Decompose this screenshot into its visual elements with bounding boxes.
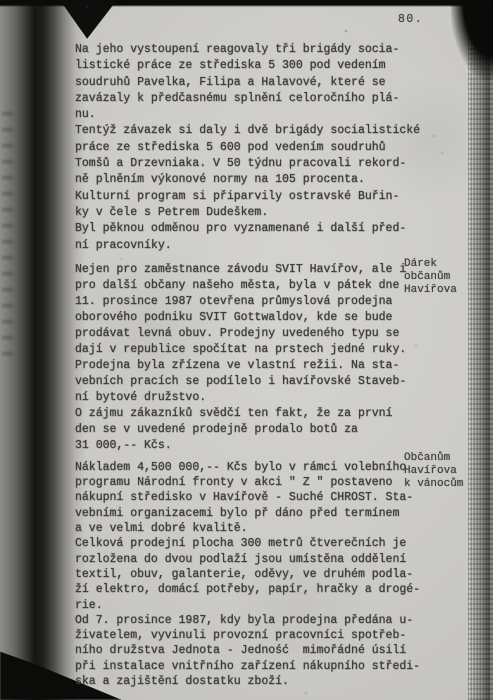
typewritten-body: Na jeho vystoupení reagovaly tři brigády… [75,42,425,697]
margin-note-gift-to-citizens: DárekobčanůmHavířova [404,258,490,297]
margin-note-line: Havířova [404,284,490,297]
text-line: vebních pracích se podílelo i havířovské… [75,374,425,390]
text-line: Nejen pro zaměstnance závodu SVIT Havířo… [75,262,425,278]
text-line: Prodejna byla zřízena ve vlastní režii. … [75,358,425,374]
book-page-edges-top-shadow [451,0,493,80]
margin-note-christmas-gift: ObčanůmHavířovak vánocům [404,452,490,491]
text-line: Na jeho vystoupení reagovaly tři brigády… [75,42,425,58]
text-line: živatelem, vyvinuli provozní pracovníci … [75,628,425,643]
paragraph-block: Nákladem 4,500 000,-- Kčs bylo v rámci v… [75,460,425,689]
text-line: nu. [75,107,425,123]
paragraph-block: Na jeho vystoupení reagovaly tři brigády… [75,42,425,254]
margin-note-line: Dárek [404,258,490,271]
text-line: O zájmu zákazníků svědčí ten fakt, že za… [75,406,425,422]
text-line: Tentýž závazek si daly i dvě brigády soc… [75,123,425,139]
text-line: textil, obuv, galanterie, oděvy, ve druh… [75,567,425,582]
text-line: ního družstva Jednota - Jedność mimořádn… [75,643,425,658]
margin-note-line: Havířova [404,465,490,478]
text-line: 31 000,-- Kčs. [75,438,425,454]
text-line: dají v republice spočítat na prstech jed… [75,342,425,358]
text-line: ně plněním výkonové normy na 105 procent… [75,172,425,188]
text-line: Tomšů a Drzevniaka. V 50 týdnu pracovali… [75,156,425,172]
text-line: listické práce ze střediska 5 300 pod ve… [75,58,425,74]
scanned-chronicle-page: 80. Na jeho vystoupení reagovaly tři bri… [0,0,493,700]
margin-note-line: Občanům [404,452,490,465]
text-line: při instalace vnitřního zařízení nákupní… [75,659,425,674]
text-line: Nákladem 4,500 000,-- Kčs bylo v rámci v… [75,460,425,475]
paragraph-block: Nejen pro zaměstnance závodu SVIT Havířo… [75,262,425,454]
text-line: ní bytové družstvo. [75,390,425,406]
text-line: den se v uvedené prodejně prodalo botů z… [75,422,425,438]
text-line: rozložena do dvou podlaží jsou umístěna … [75,552,425,567]
text-line: a ve velmi dobré kvalitě. [75,521,425,536]
text-line: Byl pěknou odměnou pro vyznamenané i dal… [75,221,425,237]
text-line: pro další občany našeho města, byla v pá… [75,278,425,294]
text-line: práce ze střediska 5 600 pod vedením sou… [75,140,425,156]
text-line: soudruhů Pavelka, Filipa a Halavové, kte… [75,75,425,91]
text-line: ží elektro, domácí potřeby, papír, hračk… [75,582,425,597]
text-line: vebními organizacemi bylo př dáno před t… [75,506,425,521]
text-line: Od 7. prosince 1987, kdy byla prodejna p… [75,613,425,628]
text-line: rie. [75,598,425,613]
text-line: nákupní středisko v Havířově - Suché CHR… [75,490,425,505]
margin-note-line: občanům [404,271,490,284]
paper-specks [0,0,2,2]
margin-note-line: k vánocům [404,478,490,491]
text-line: ky v čele s Petrem Dudeškem. [75,205,425,221]
text-line: oborového podniku SVIT Gottwaldov, kde s… [75,310,425,326]
bleed-through-marks [2,105,13,355]
page-number: 80. [398,13,423,26]
text-line: ska a zajištění dostatku zboží. [75,674,425,689]
text-line: Kulturní program si připarvily ostravské… [75,189,425,205]
text-line: 11. prosince 1987 otevřena průmyslová pr… [75,294,425,310]
book-page-edges [468,0,493,700]
text-line: Celková prodejní plocha 300 metrů čtvere… [75,536,425,551]
text-line: zavázaly k předčasnému splnění celoroční… [75,91,425,107]
text-line: ní pracovníky. [75,238,425,254]
text-line: programu Národní fronty v akci " Z " pos… [75,475,425,490]
text-line: prodávat levná obuv. Prodejny uvedeného … [75,326,425,342]
